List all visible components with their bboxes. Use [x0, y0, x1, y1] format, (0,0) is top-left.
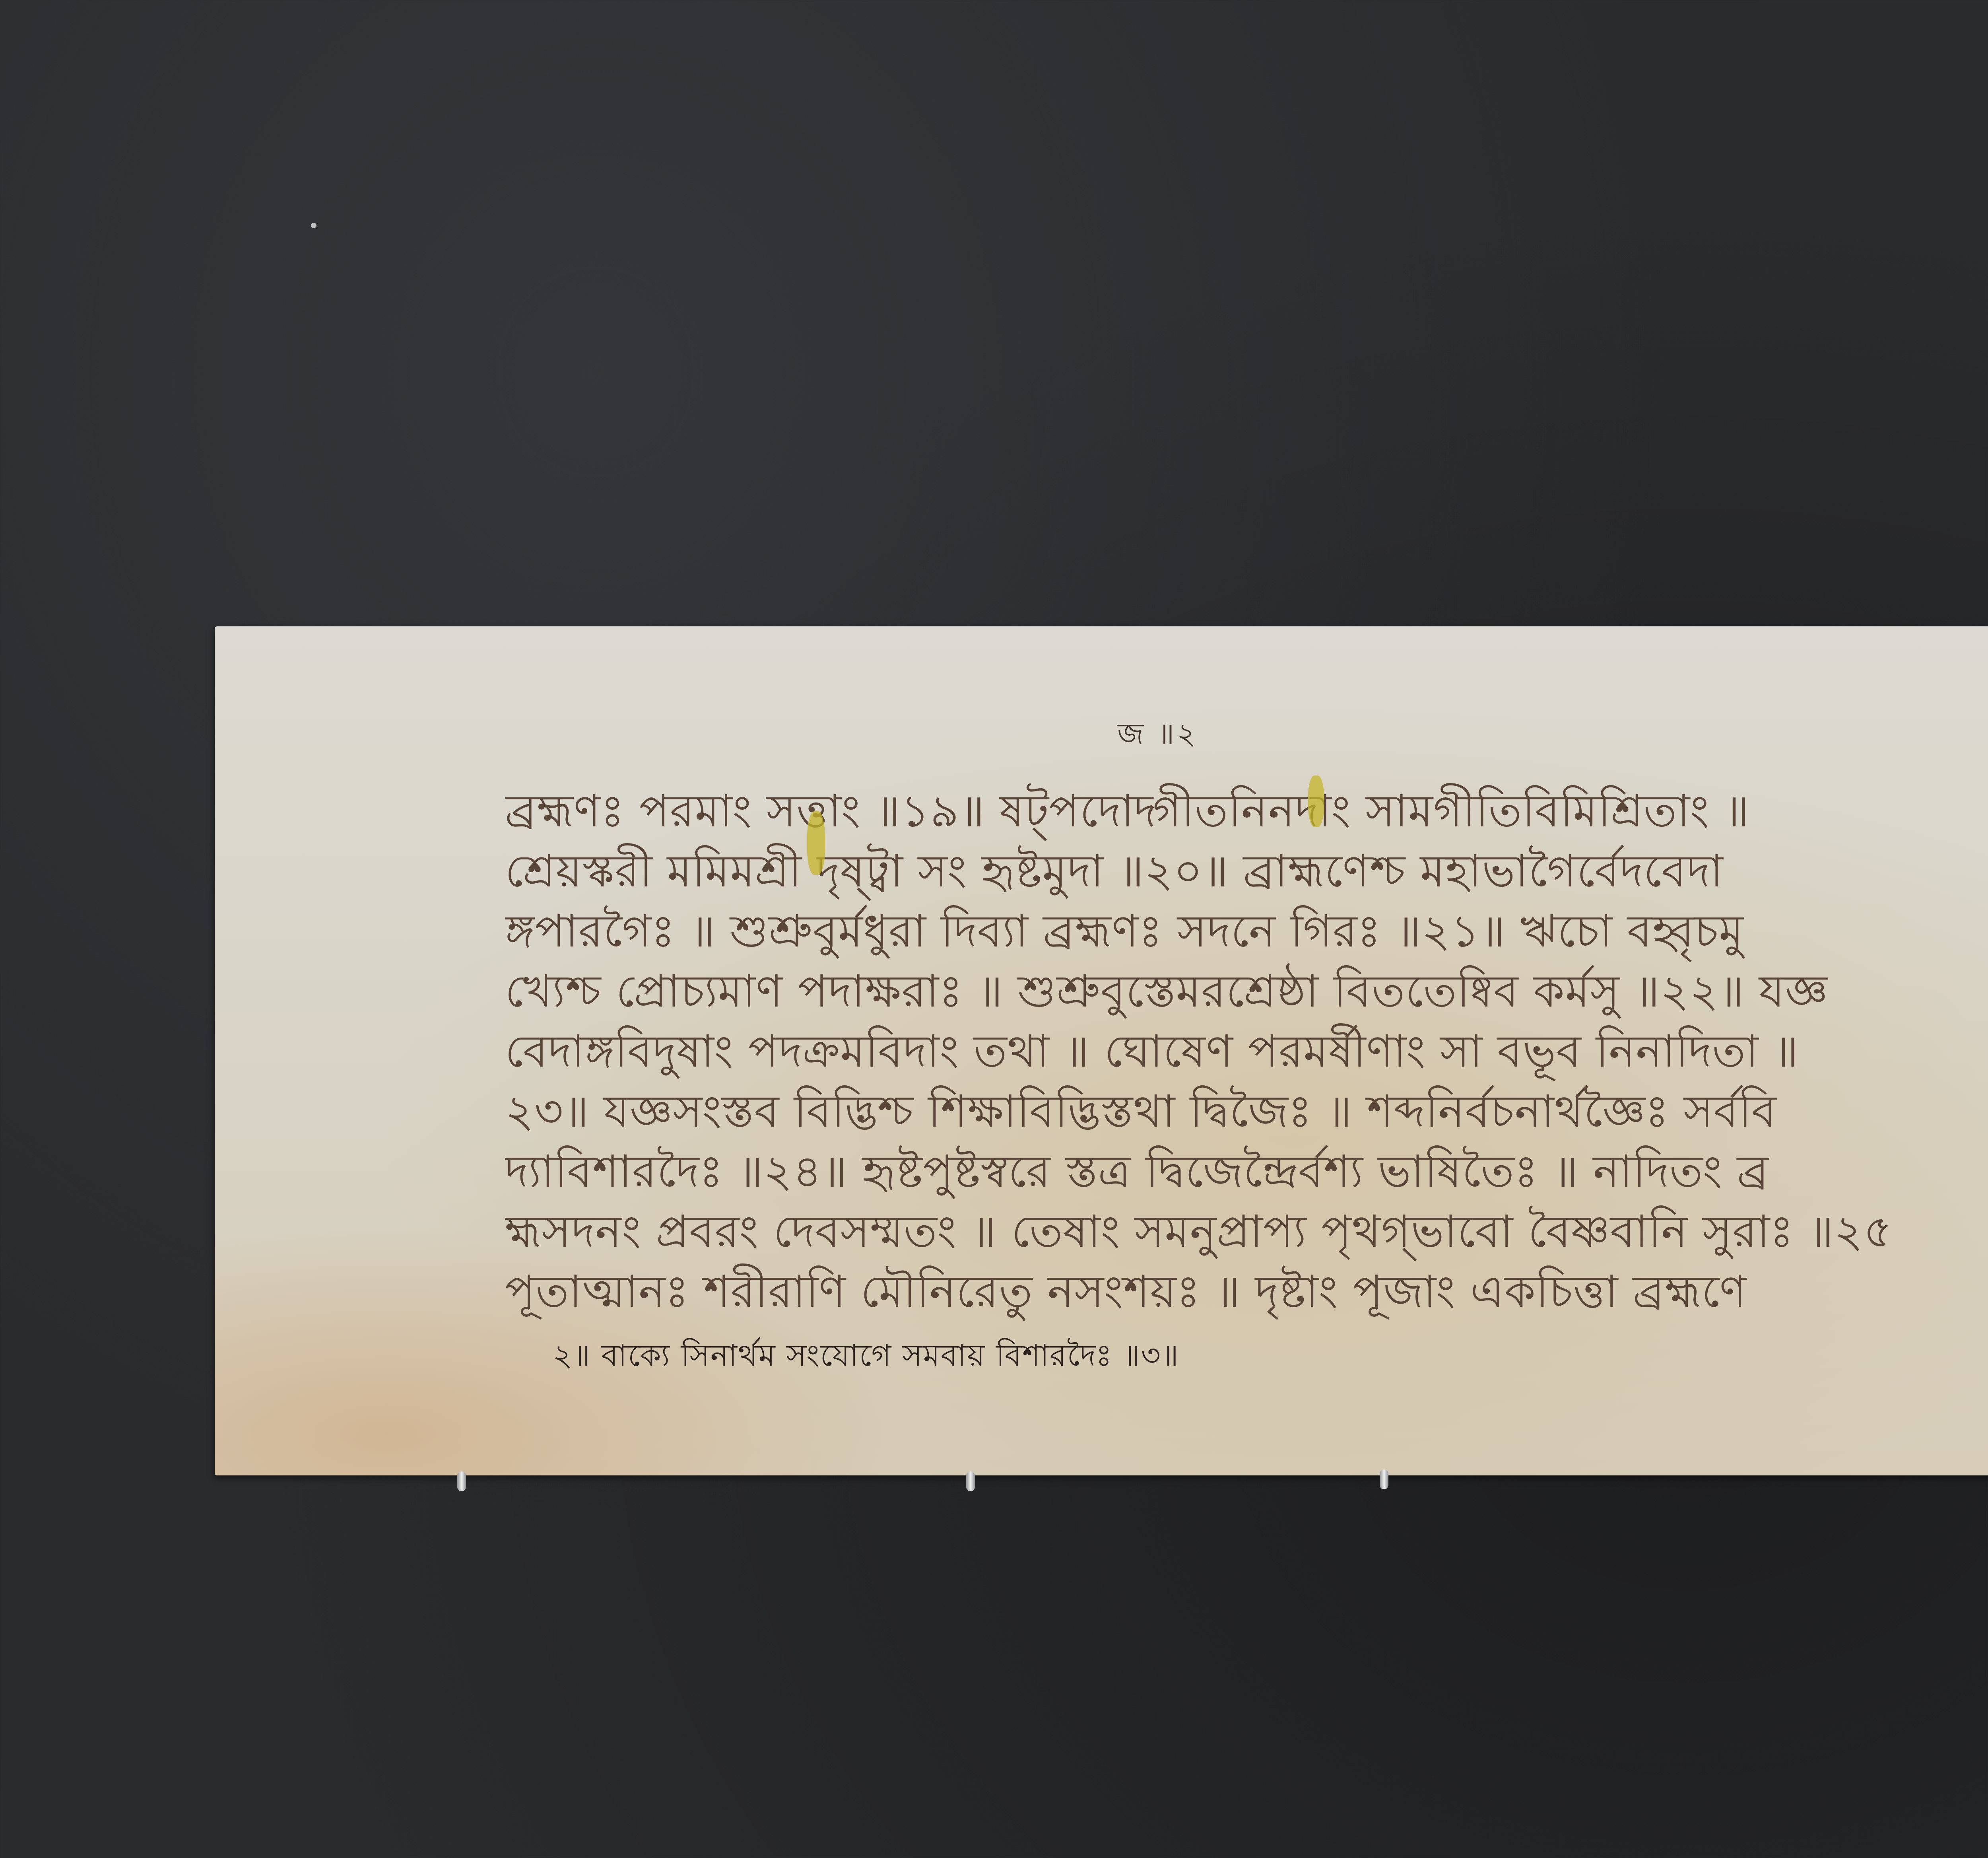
text-line: খ্যেশ্চ প্রোচ্যমাণ পদাক্ষরাঃ ॥ শুশ্রুবুস… [505, 962, 1988, 1022]
mounting-pin [1380, 1469, 1388, 1489]
folio-header-mark: জ ॥২ [1117, 712, 1198, 761]
footnote-line: ২॥ বাক্যে সিনার্থম সংযোগে সমবায় বিশারদৈ… [553, 1332, 1179, 1383]
text-line: হ্মসদনং প্রবরং দেবসম্মতং ॥ তেষাং সমনুপ্র… [505, 1202, 1988, 1262]
yellow-stain [807, 811, 825, 875]
dark-mount-board: জ ॥২ ব্রহ্মণঃ পরমাং সত্তাং ॥১৯॥ ষট্পদোদ্… [0, 0, 1988, 1858]
board-speck [311, 223, 316, 228]
text-line: ২৩॥ যজ্ঞসংস্তব বিদ্ভিশ্চ শিক্ষাবিদ্ভিস্ত… [505, 1082, 1988, 1142]
text-line: ব্রহ্মণঃ পরমাং সত্তাং ॥১৯॥ ষট্পদোদ্গীতনি… [505, 781, 1988, 842]
text-line: দ্যাবিশারদৈঃ ॥২৪॥ হৃষ্টপুষ্টস্বরে স্তত্র… [505, 1142, 1988, 1202]
text-line: পূতাত্মানঃ শরীরাণি মৌনিরেতু নসংশয়ঃ ॥ দৃ… [505, 1262, 1988, 1322]
text-line: বেদাঙ্গবিদুষাং পদক্রমবিদাং তথা ॥ ঘোষেণ প… [505, 1022, 1988, 1082]
mounting-pin [966, 1471, 975, 1491]
text-line: ঙ্গপারগৈঃ ॥ শুশ্রুবুর্মধুরা দিব্যা ব্রহ্… [505, 902, 1988, 962]
text-line: শ্রেয়স্করী মমিমশ্রী দৃষ্ট্বা সং হৃষ্টমু… [505, 842, 1988, 902]
mounting-pin [457, 1471, 466, 1491]
manuscript-text-block: ব্রহ্মণঃ পরমাং সত্তাং ॥১৯॥ ষট্পদোদ্গীতনি… [505, 781, 1988, 1322]
yellow-stain [1308, 775, 1324, 827]
